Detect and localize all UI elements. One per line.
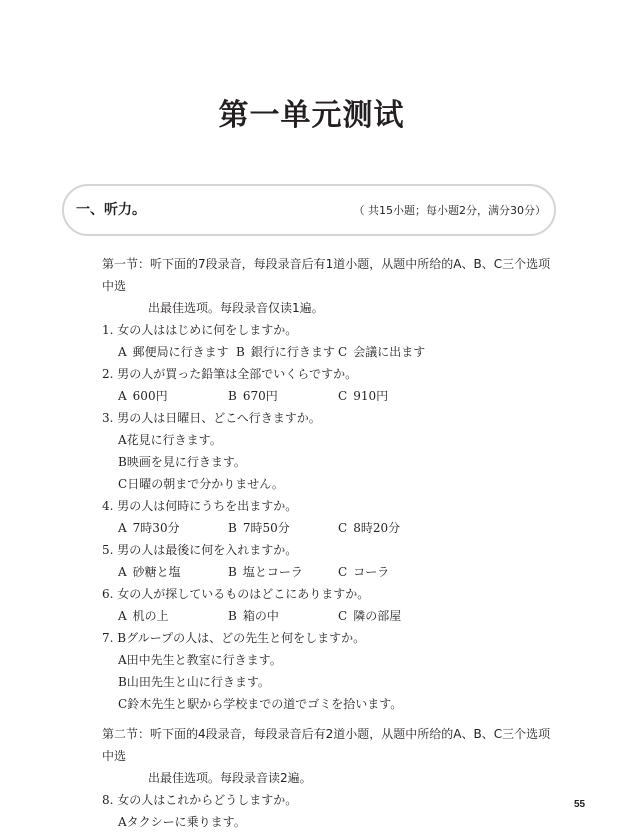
option-b: B塩とコーラ (228, 561, 338, 583)
question-text: 男の人は日曜日、どこへ行きますか。 (117, 411, 321, 425)
option-c: C鈴木先生と駅から学校までの道でゴミを拾います。 (102, 693, 562, 715)
question-number: 8. (102, 789, 113, 811)
question-item: 4. 男の人は何時にうちを出ますか。 (102, 495, 562, 517)
question-text: 男の人が買った鉛筆は全部でいくらですか。 (117, 367, 357, 381)
page-title: 第一单元测试 (0, 96, 623, 136)
option-row: A机の上 B箱の中 C隣の部屋 (102, 605, 562, 627)
section-instruction-line1: 听下面的4段录音，每段录音后有2道小题，从题中所给的A、B、C三个选项中选 (102, 727, 550, 763)
option-c: Cコーラ (338, 561, 448, 583)
section-instruction: 第一节：听下面的7段录音，每段录音后有1道小题，从题中所给的A、B、C三个选项中… (102, 253, 562, 319)
question-item: 2. 男の人が買った鉛筆は全部でいくらですか。 (102, 363, 562, 385)
option-a: A郵便局に行きます (118, 341, 236, 363)
option-b: B銀行に行きます (236, 341, 338, 363)
question-text: 女の人ははじめに何をしますか。 (117, 323, 297, 337)
option-b: B7時50分 (228, 517, 338, 539)
question-number: 2. (102, 363, 113, 385)
option-a: A花見に行きます。 (102, 429, 562, 451)
score-info: （ 共15小题；每小题2分，满分30分） (354, 203, 547, 219)
question-item: 8. 女の人はこれからどうしますか。 (102, 789, 562, 811)
question-item: 6. 女の人が探しているものはどこにありますか。 (102, 583, 562, 605)
question-number: 4. (102, 495, 113, 517)
question-number: 7. (102, 627, 113, 649)
option-b: B670円 (228, 385, 338, 407)
question-item: 3. 男の人は日曜日、どこへ行きますか。 (102, 407, 562, 429)
question-text: 女の人はこれからどうしますか。 (117, 793, 297, 807)
question-number: 5. (102, 539, 113, 561)
option-c: C隣の部屋 (338, 605, 448, 627)
part-heading: 一、听力。 (76, 200, 146, 220)
question-number: 3. (102, 407, 113, 429)
question-number: 1. (102, 319, 113, 341)
section-instruction: 第二节：听下面的4段录音，每段录音后有2道小题，从题中所给的A、B、C三个选项中… (102, 723, 562, 789)
part-heading-box: 一、听力。 （ 共15小题；每小题2分，满分30分） (62, 184, 556, 236)
option-a: A砂糖と塩 (118, 561, 228, 583)
page-number: 55 (574, 799, 585, 810)
option-b: B映画を見に行きます。 (102, 451, 562, 473)
option-a: A机の上 (118, 605, 228, 627)
option-a: A7時30分 (118, 517, 228, 539)
option-c: C8時20分 (338, 517, 448, 539)
option-b: B箱の中 (228, 605, 338, 627)
section-instruction-line2: 出最佳选项。每段录音仅读1遍。 (102, 297, 562, 319)
option-row: A7時30分 B7時50分 C8時20分 (102, 517, 562, 539)
section-instruction-line2: 出最佳选项。每段录音读2遍。 (102, 767, 562, 789)
section-instruction-line1: 听下面的7段录音，每段录音后有1道小题，从题中所给的A、B、C三个选项中选 (102, 257, 550, 293)
option-c: C910円 (338, 385, 448, 407)
question-text: 女の人が探しているものはどこにありますか。 (117, 587, 369, 601)
option-row: A砂糖と塩 B塩とコーラ Cコーラ (102, 561, 562, 583)
option-c: C日曜の朝まで分かりません。 (102, 473, 562, 495)
option-a: A600円 (118, 385, 228, 407)
option-b: B山田先生と山に行きます。 (102, 671, 562, 693)
exam-content: 第一节：听下面的7段录音，每段录音后有1道小题，从题中所给的A、B、C三个选项中… (102, 253, 562, 833)
option-a: A田中先生と教室に行きます。 (102, 649, 562, 671)
question-item: 1. 女の人ははじめに何をしますか。 (102, 319, 562, 341)
question-text: 男の人は何時にうちを出ますか。 (117, 499, 297, 513)
option-c: C会議に出ます (338, 341, 448, 363)
question-number: 6. (102, 583, 113, 605)
option-a: Aタクシーに乗ります。 (102, 811, 562, 833)
question-item: 7. Bグループの人は、どの先生と何をしますか。 (102, 627, 562, 649)
section-label: 第一节： (102, 257, 150, 271)
question-item: 5. 男の人は最後に何を入れますか。 (102, 539, 562, 561)
option-row: A郵便局に行きます B銀行に行きます C会議に出ます (102, 341, 562, 363)
question-text: 男の人は最後に何を入れますか。 (117, 543, 297, 557)
option-row: A600円 B670円 C910円 (102, 385, 562, 407)
question-text: Bグループの人は、どの先生と何をしますか。 (117, 631, 365, 645)
section-label: 第二节： (102, 727, 150, 741)
